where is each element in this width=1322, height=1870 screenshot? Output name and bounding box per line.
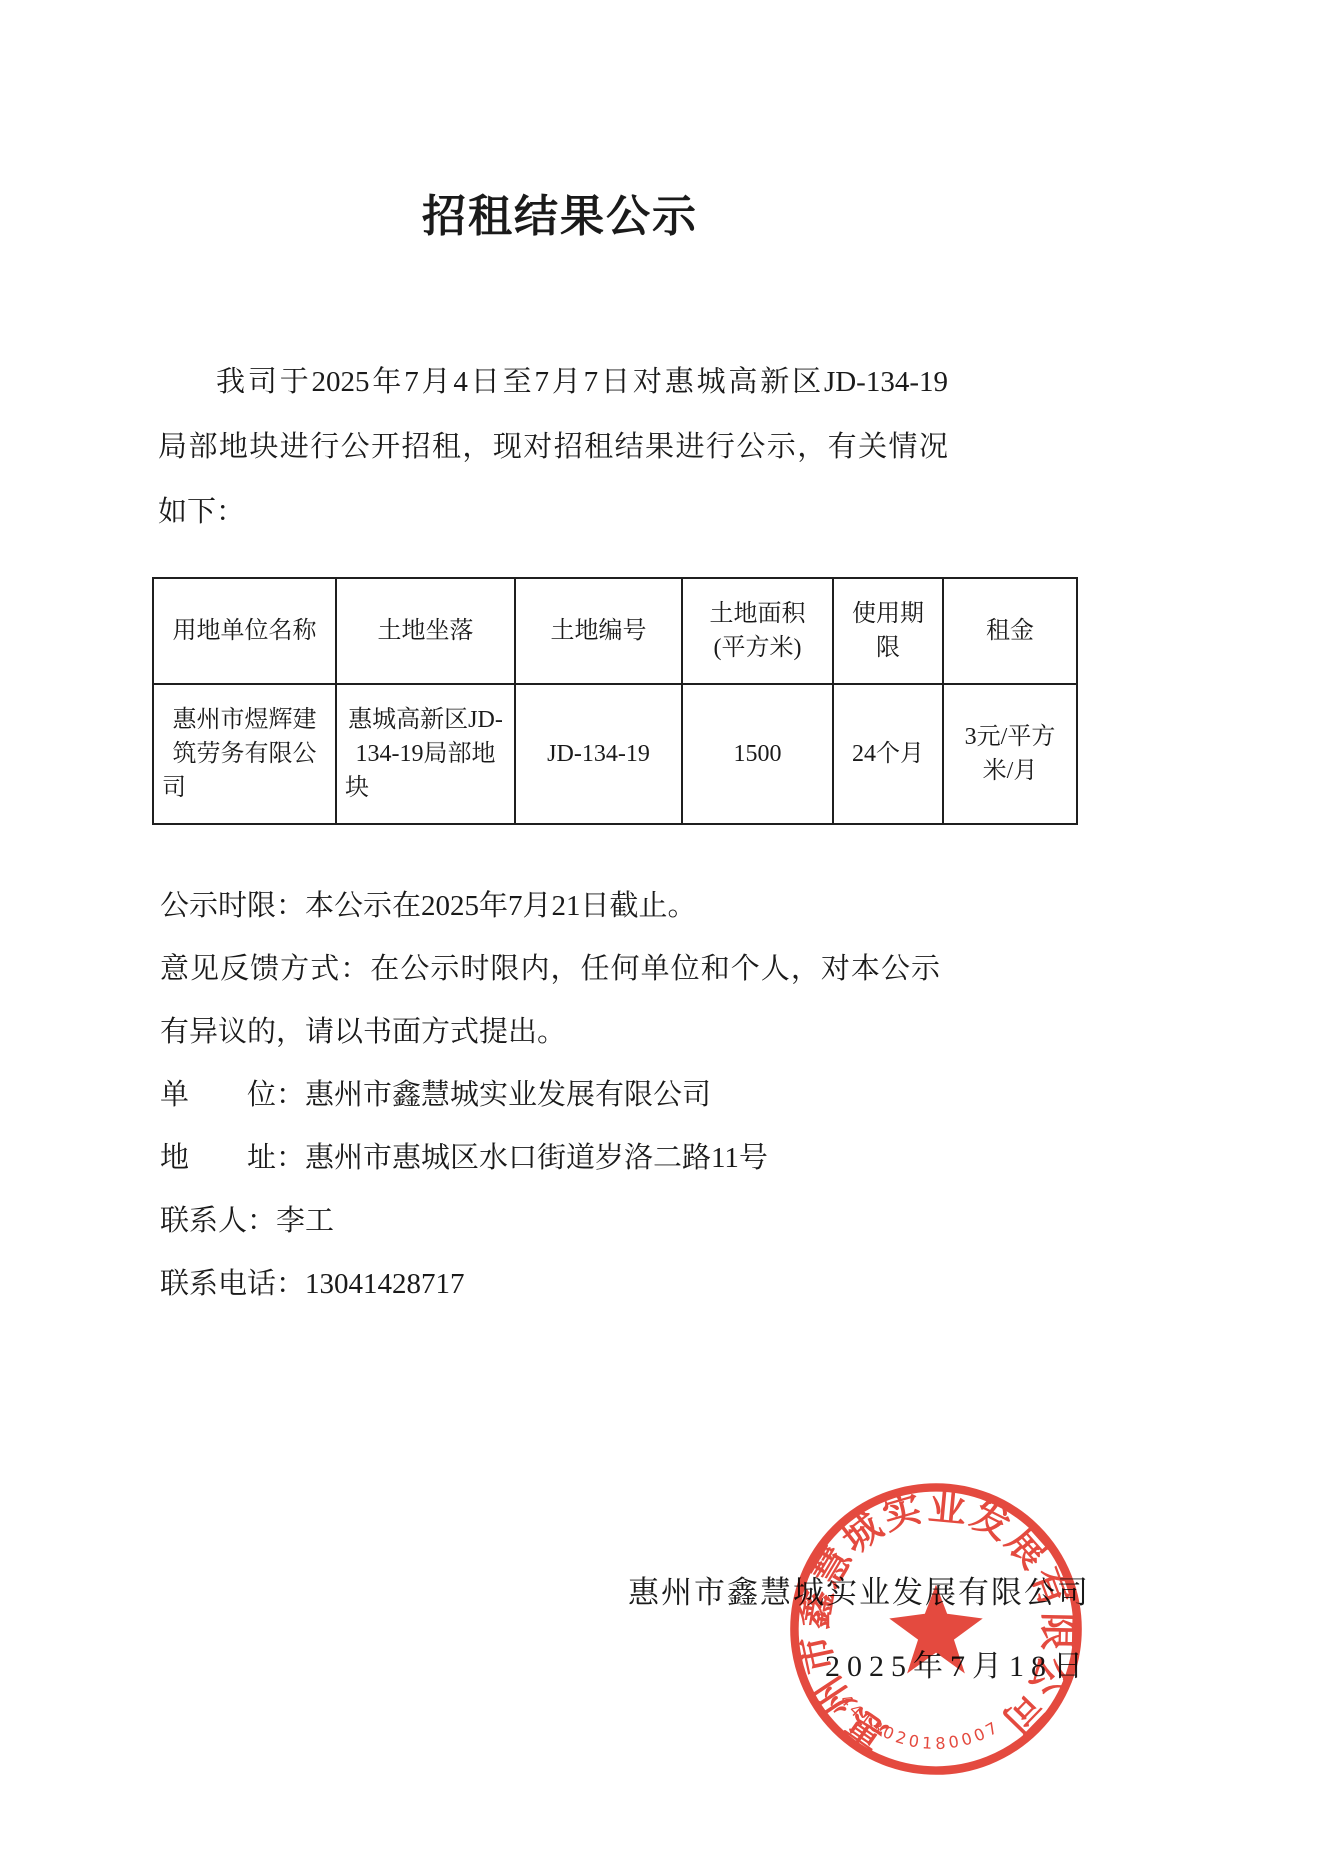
table-header-row: 用地单位名称 土地坐落 土地编号 土地面积 (平方米) 使用期 限 租金 <box>153 578 1077 684</box>
signature-date: 2025年7月18日 <box>152 1635 1090 1698</box>
header-land-location: 土地坐落 <box>336 578 515 684</box>
table-row: 惠州市煜辉建筑劳务有限公司 惠城高新区JD-134-19局部地块 JD-134-… <box>153 684 1077 824</box>
cell-land-user: 惠州市煜辉建筑劳务有限公司 <box>153 684 336 824</box>
cell-land-area: 1500 <box>682 684 833 824</box>
contact-person-line: 联系人：李工 <box>160 1190 940 1253</box>
cell-use-period: 24个月 <box>833 684 943 824</box>
intro-paragraph: 我司于2025年7月4日至7月7日对惠城高新区JD-134-19 局部地块进行公… <box>158 350 948 545</box>
rental-result-table: 用地单位名称 土地坐落 土地编号 土地面积 (平方米) 使用期 限 租金 惠州市… <box>152 577 1078 825</box>
signature-block: 惠州市鑫慧城实业发展有限公司 2025年7月18日 <box>152 1561 1090 1698</box>
deadline-line: 公示时限：本公示在2025年7月21日截止。 <box>160 875 940 938</box>
feedback-line: 意见反馈方式：在公示时限内，任何单位和个人，对本公示 <box>160 938 940 1001</box>
feedback-line-2: 有异议的，请以书面方式提出。 <box>160 1001 940 1064</box>
notice-body: 公示时限：本公示在2025年7月21日截止。 意见反馈方式：在公示时限内，任何单… <box>160 875 940 1316</box>
document-page: 招租结果公示 我司于2025年7月4日至7月7日对惠城高新区JD-134-19 … <box>0 0 1322 1870</box>
intro-line: 我司于2025年7月4日至7月7日对惠城高新区JD-134-19 <box>158 350 948 415</box>
cell-land-number: JD-134-19 <box>515 684 682 824</box>
page-title: 招租结果公示 <box>152 0 968 246</box>
header-use-period: 使用期 限 <box>833 578 943 684</box>
header-land-area: 土地面积 (平方米) <box>682 578 833 684</box>
stamp-serial-number: 4413020180007 <box>836 1691 1004 1754</box>
address-line: 地 址：惠州市惠城区水口街道岁洛二路11号 <box>160 1127 940 1190</box>
header-rent: 租金 <box>943 578 1077 684</box>
header-land-number: 土地编号 <box>515 578 682 684</box>
signature-company: 惠州市鑫慧城实业发展有限公司 <box>152 1561 1090 1624</box>
cell-land-location: 惠城高新区JD-134-19局部地块 <box>336 684 515 824</box>
intro-line: 如下： <box>158 480 948 545</box>
cell-rent: 3元/平方米/月 <box>943 684 1077 824</box>
header-land-user: 用地单位名称 <box>153 578 336 684</box>
contact-phone-line: 联系电话：13041428717 <box>160 1253 940 1316</box>
unit-line: 单 位：惠州市鑫慧城实业发展有限公司 <box>160 1064 940 1127</box>
intro-line: 局部地块进行公开招租，现对招租结果进行公示，有关情况 <box>158 415 948 480</box>
